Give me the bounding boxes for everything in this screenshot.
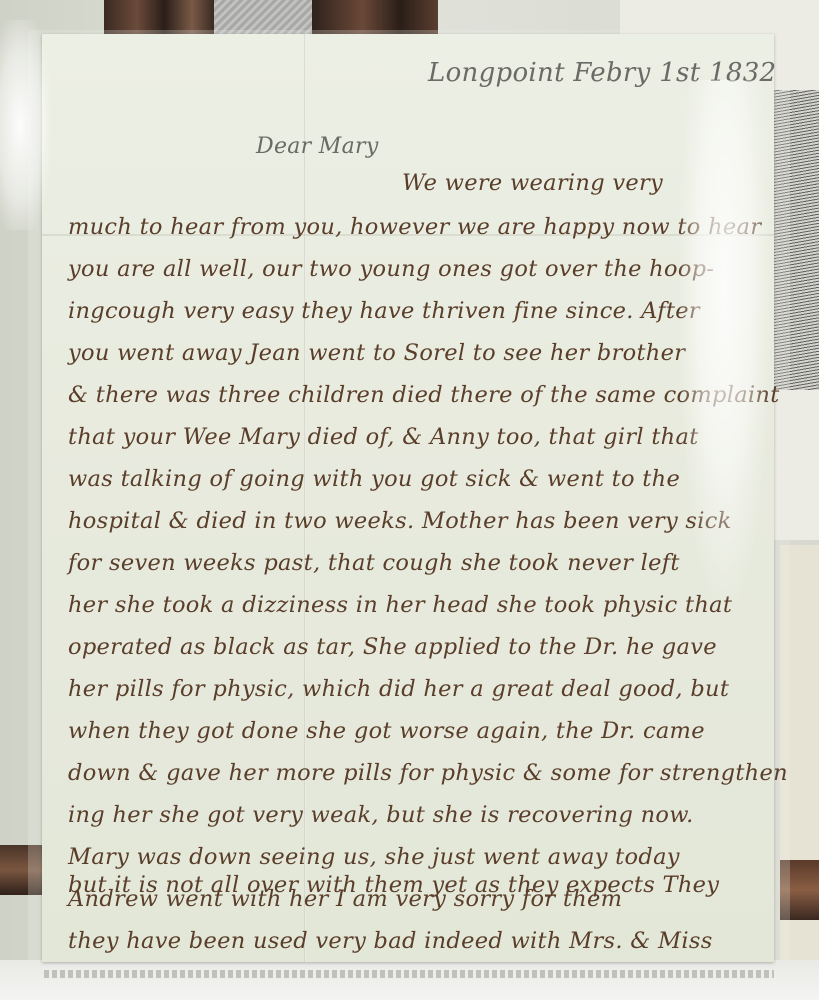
letter-line: her pills for physic, which did her a gr… (68, 676, 729, 702)
letter-line: when they got done she got worse again, … (68, 718, 705, 744)
letter-line: operated as black as tar, She applied to… (68, 634, 717, 660)
table-surface (0, 960, 819, 1000)
letter-line: down & gave her more pills for physic & … (68, 760, 788, 786)
letter-line-last: but it is not all over with them yet as … (68, 872, 719, 898)
letter-place-date: Longpoint Febry 1st 1832 (428, 58, 776, 88)
letter-line: they have been used very bad indeed with… (68, 928, 713, 954)
letter-line: her she took a dizziness in her head she… (68, 592, 732, 618)
letter-line: & there was three children died there of… (68, 382, 780, 408)
letter-line: Mary was down seeing us, she just went a… (68, 844, 680, 870)
letter-line: ingcough very easy they have thriven fin… (68, 298, 700, 324)
letter-line: that your Wee Mary died of, & Anny too, … (68, 424, 699, 450)
letter-line: you went away Jean went to Sorel to see … (68, 340, 685, 366)
letter-line: for seven weeks past, that cough she too… (68, 550, 680, 576)
letter-line: hospital & died in two weeks. Mother has… (68, 508, 732, 534)
letter-line: We were wearing very (402, 170, 663, 196)
letter-line: ing her she got very weak, but she is re… (68, 802, 694, 828)
sleeve-perforation-strip (44, 970, 774, 978)
letter-line: much to hear from you, however we are ha… (68, 214, 761, 240)
letter-salutation: Dear Mary (256, 134, 379, 159)
letter-line: you are all well, our two young ones got… (68, 256, 714, 282)
letter-line: was talking of going with you got sick &… (68, 466, 680, 492)
handwritten-letter: Longpoint Febry 1st 1832 Dear Mary We we… (42, 34, 774, 962)
